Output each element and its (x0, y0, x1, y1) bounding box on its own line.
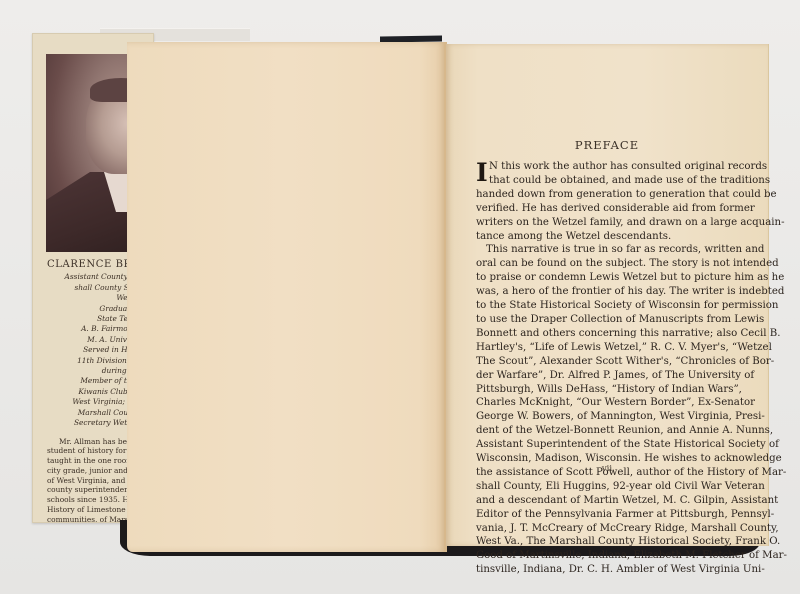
text-line: Charles McKnight, “Our Western Border”, … (476, 396, 738, 410)
text-line: and a descendant of Martin Wetzel, M. C.… (476, 494, 738, 508)
paragraph-1: IN this work the author has consulted or… (476, 160, 738, 243)
text-line: IN this work the author has consulted or… (476, 160, 738, 174)
page-title: PREFACE (446, 138, 768, 152)
text-line: writers on the Wetzel family, and drawn … (476, 216, 738, 230)
text-line: handed down from generation to generatio… (476, 188, 738, 202)
text-line: oral can be found on the subject. The st… (476, 257, 738, 271)
text-line: Editor of the Pennsylvania Farmer at Pit… (476, 508, 738, 522)
text-line: to the State Historical Society of Wisco… (476, 299, 738, 313)
text-line: Bonnett and others concerning this narra… (476, 327, 738, 341)
page-number: vii (446, 464, 768, 474)
text-line: verified. He has derived considerable ai… (476, 202, 738, 216)
text-line: Hartley's, “Life of Lewis Wetzel,” R. C.… (476, 341, 738, 355)
text-line: shall County, Eli Huggins, 92-year old C… (476, 480, 738, 494)
text-line: Assistant Superintendent of the State Hi… (476, 438, 738, 452)
preface-page: PREFACE IN this work the author has cons… (446, 44, 769, 546)
text-line: Good of Martinsville, Indiana, Elizabeth… (476, 549, 738, 563)
text-line: George W. Bowers, of Mannington, West Vi… (476, 410, 738, 424)
text-line: to praise or condemn Lewis Wetzel but to… (476, 271, 738, 285)
text-line: was, a hero of the frontier of his day. … (476, 285, 738, 299)
text-line: This narrative is true in so far as reco… (476, 243, 738, 257)
text-line: Pittsburgh, Wills DeHass, “History of In… (476, 383, 738, 397)
text-line: The Scout”, Alexander Scott Wither's, “C… (476, 355, 738, 369)
blank-left-page (127, 42, 445, 552)
text-line: dent of the Wetzel-Bonnett Reunion, and … (476, 424, 738, 438)
text-line: vania, J. T. McCreary of McCreary Ridge,… (476, 522, 738, 536)
text-line: tinsville, Indiana, Dr. C. H. Ambler of … (476, 563, 738, 577)
text-line: tance among the Wetzel descendants. (476, 230, 738, 244)
paragraph-2: This narrative is true in so far as reco… (476, 243, 738, 577)
text-line: to use the Draper Collection of Manuscri… (476, 313, 738, 327)
drop-cap: I (476, 161, 488, 185)
text-line-content: N this work the author has consulted ori… (489, 161, 767, 172)
text-line: that could be obtained, and made use of … (476, 174, 738, 188)
preface-body: IN this work the author has consulted or… (476, 160, 738, 577)
text-line: der Warfare”, Dr. Alfred P. James, of Th… (476, 369, 738, 383)
text-line: West Va., The Marshall County Historical… (476, 535, 738, 549)
